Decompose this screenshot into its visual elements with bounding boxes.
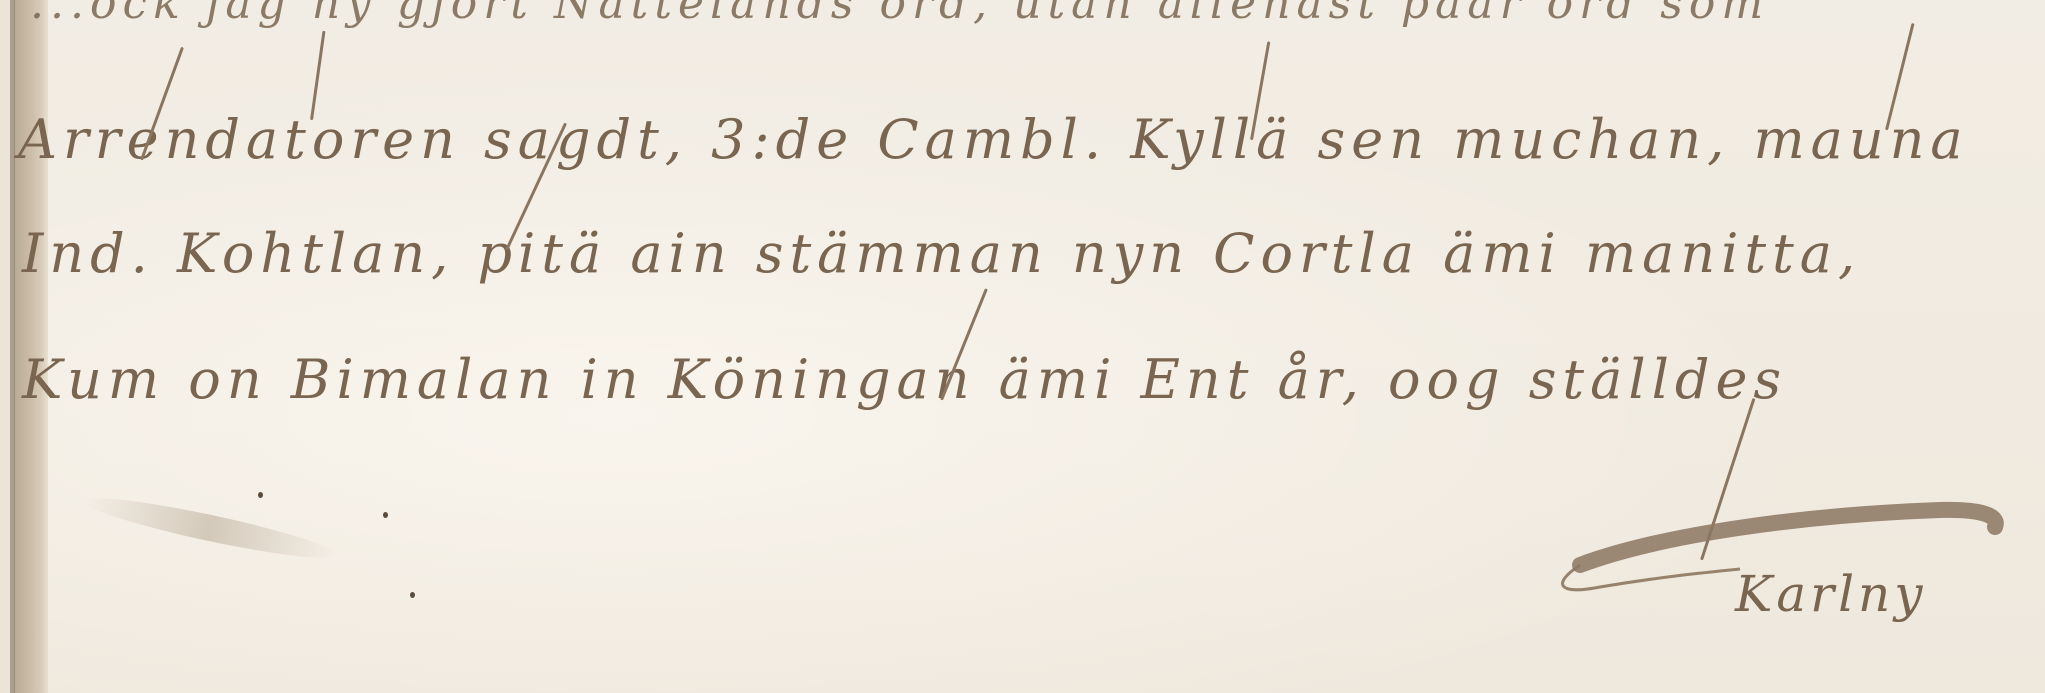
handwritten-line-2: Ind. Kohtlan, pitä ain stämman nyn Cortl… bbox=[22, 222, 1861, 285]
ink-speck bbox=[410, 592, 415, 598]
binding-line bbox=[10, 0, 15, 693]
ink-speck bbox=[383, 512, 388, 518]
handwritten-line-0: ...ock jag ny gjort Nattelands ord, utan… bbox=[30, 0, 1769, 29]
signature: Karlny bbox=[1735, 565, 1927, 623]
handwritten-line-3: Kum on Bimalan in Köningan ämi Ent år, o… bbox=[22, 348, 1787, 411]
page-binding-shadow bbox=[14, 0, 48, 693]
manuscript-page: ...ock jag ny gjort Nattelands ord, utan… bbox=[0, 0, 2045, 693]
pen-stroke bbox=[310, 31, 325, 121]
ink-speck bbox=[258, 492, 263, 498]
ink-smudge bbox=[80, 488, 340, 567]
